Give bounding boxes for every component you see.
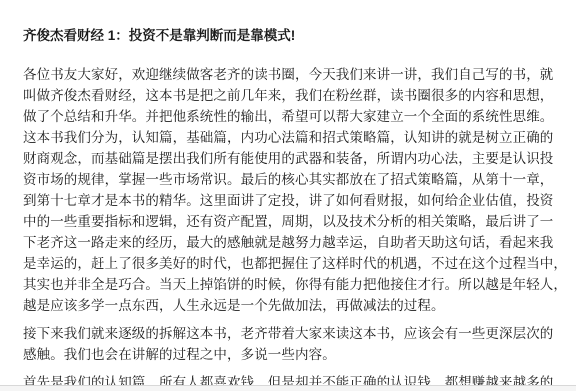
- text-line: 叫做齐俊杰看财经，这本书是把之前几年来，我们在粉丝群，读书圈很多的内容和思想，: [23, 85, 553, 106]
- paragraph-intro: 各位书友大家好，欢迎继续做客老齐的读书圈，今天我们来讲一讲，我们自己写的书，就 …: [23, 64, 553, 316]
- text-line: 这本书我们分为，认知篇，基础篇，内功心法篇和招式策略篇，认知讲的就是树立正确的: [23, 127, 553, 148]
- text-line: 下老齐这一路走来的经历，最大的感触就是越努力越幸运，自助者天助这句话，看起来我: [23, 232, 553, 253]
- text-line: 越是应该多学一点东西，人生永远是一个先做加法，再做减法的过程。: [23, 295, 553, 316]
- viewport-bottom-edge: [0, 385, 576, 391]
- paragraph-transition: 接下来我们就来逐级的拆解这本书，老齐带着大家来读这本书，应该会有一些更深层次的 …: [23, 323, 553, 365]
- text-line: 是幸运的，赶上了很多美好的时代，也都把握住了这样时代的机遇，不过在这个过程当中，: [23, 253, 553, 274]
- text-line: 各位书友大家好，欢迎继续做客老齐的读书圈，今天我们来讲一讲，我们自己写的书，就: [23, 64, 553, 85]
- document-page: 齐俊杰看财经 1：投资不是靠判断而是靠模式! 各位书友大家好，欢迎继续做客老齐的…: [0, 0, 576, 391]
- text-line: 接下来我们就来逐级的拆解这本书，老齐带着大家来读这本书，应该会有一些更深层次的: [23, 323, 553, 344]
- text-line: 其实也并非全是巧合。当天上掉馅饼的时候，你得有能力把他接住才行。所以越是年轻人，: [23, 274, 553, 295]
- text-line: 感触。我们也会在讲解的过程之中，多说一些内容。: [23, 344, 553, 365]
- text-line: 资市场的规律，掌握一些市场常识。最后的核心其实都放在了招式策略篇，从第十一章，: [23, 169, 553, 190]
- document-title: 齐俊杰看财经 1：投资不是靠判断而是靠模式!: [23, 25, 553, 46]
- text-line: 做了个总结和升华。并把他系统性的输出，希望可以帮大家建立一个全面的系统性思维。: [23, 106, 553, 127]
- text-line: 财商观念，而基础篇是摆出我们所有能使用的武器和装备，所谓内功心法，主要是认识投: [23, 148, 553, 169]
- text-line: 到第十七章才是本书的精华。这里面讲了定投，讲了如何看财报，如何给企业估值，投资: [23, 190, 553, 211]
- text-line: 中的一些重要指标和逻辑，还有资产配置，周期，以及技术分析的相关策略，最后讲了一: [23, 211, 553, 232]
